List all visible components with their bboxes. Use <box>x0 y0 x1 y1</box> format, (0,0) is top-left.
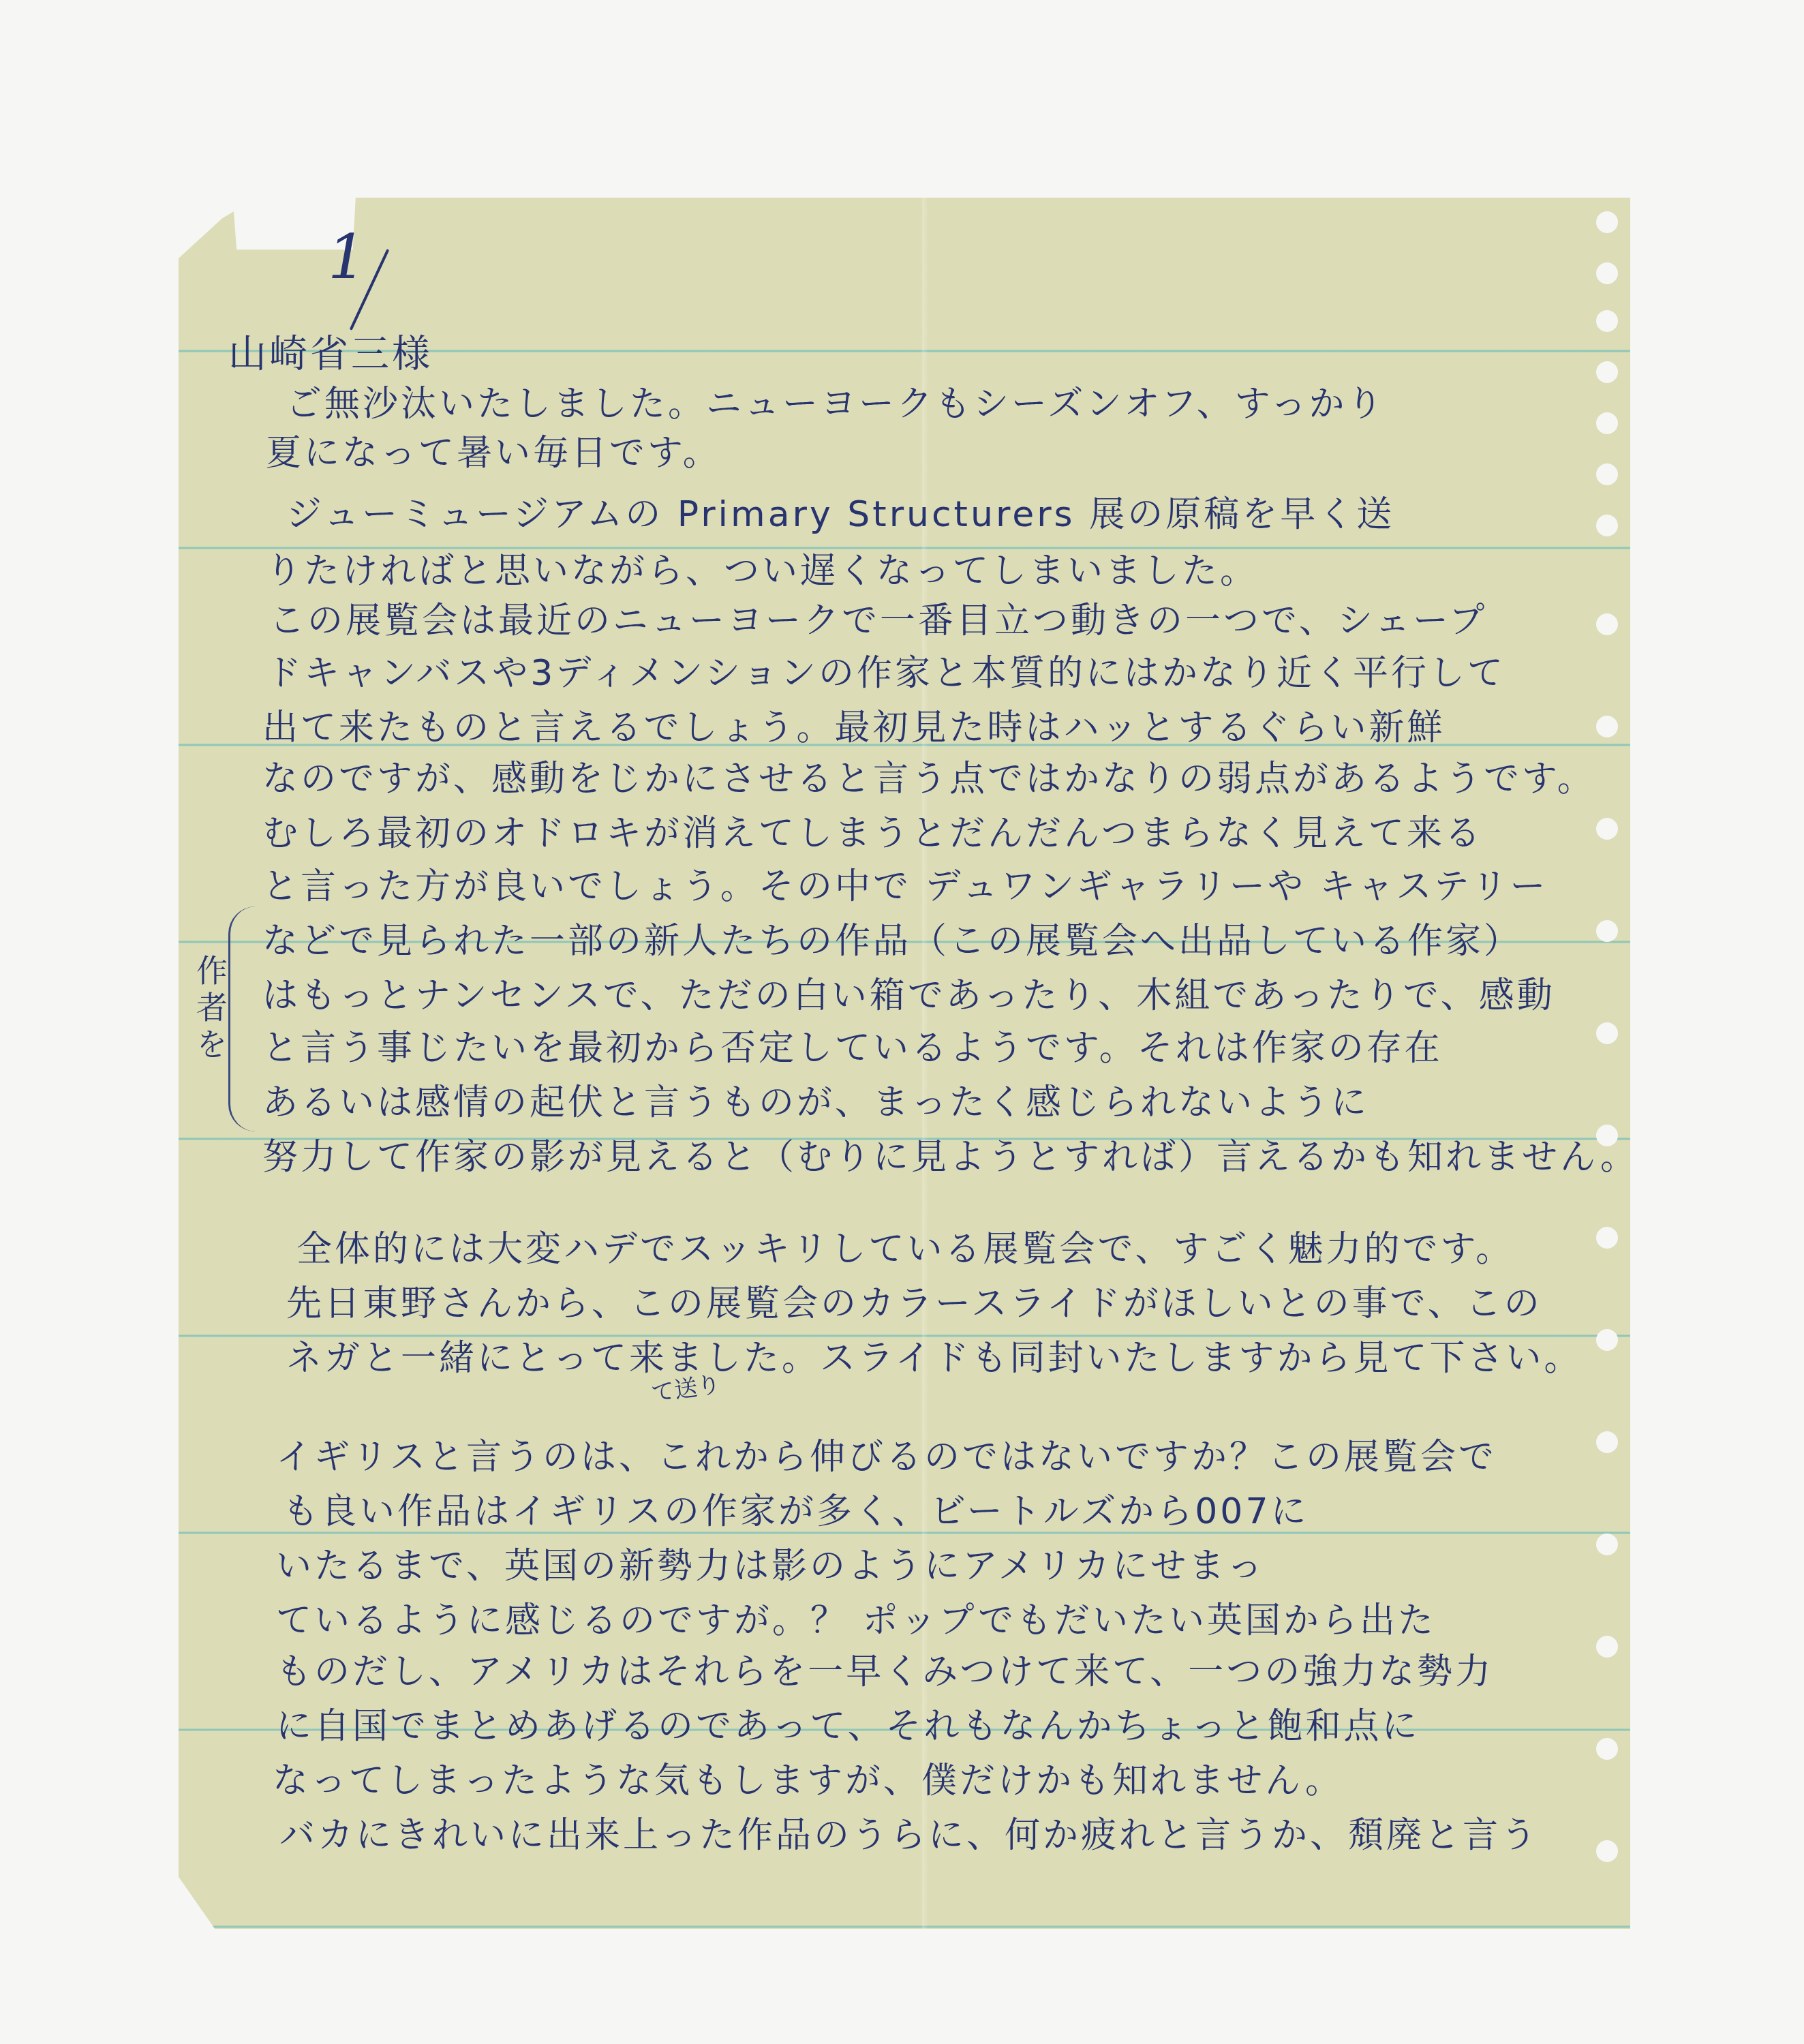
letter-line: むしろ最初のオドロキが消えてしまうとだんだんつまらなく見えて来る <box>262 804 1483 855</box>
letter-line: いたるまで、英国の新勢力は影のようにアメリカにせまっ <box>276 1537 1265 1588</box>
letter-line: ジューミュージアムの Primary Structurers 展の原稿を早く送 <box>286 485 1394 536</box>
letter-line: はもっとナンセンスで、ただの白い箱であったり、木組であったりで、感動 <box>262 966 1555 1018</box>
binding-hole <box>1596 515 1618 536</box>
binding-hole <box>1596 1534 1618 1555</box>
binding-hole <box>1596 716 1618 737</box>
letter-line: バカにきれいに出来上った作品のうらに、何か疲れと言うか、頽廃と言う <box>279 1806 1539 1857</box>
letter-line: 夏になって暑い毎日です。 <box>266 424 721 475</box>
letter-line: なのですが、感動をじかにさせると言う点ではかなりの弱点があるようです。 <box>262 750 1595 801</box>
letter-line: ネガと一緒にとって来ました。スライドも同封いたしますから見て下さい。 <box>286 1329 1582 1380</box>
letter-line: りたければと思いながら、つい遅くなってしまいました。 <box>266 542 1258 593</box>
letter-line: ているように感じるのですが。？ ポップでもだいたい英国から出た <box>276 1591 1436 1643</box>
binding-hole <box>1596 1738 1618 1760</box>
binding-hole <box>1596 1840 1618 1862</box>
letter-line: も良い作品はイギリスの作家が多く、ビートルズから007に <box>283 1482 1309 1534</box>
letter-line: ご無沙汰いたしました。ニューヨークもシーズンオフ、すっかり <box>286 375 1386 426</box>
binding-hole <box>1596 361 1618 383</box>
binding-hole <box>1596 1022 1618 1044</box>
letter-line: に自国でまとめあげるのであって、それもなんかちょっと飽和点に <box>276 1697 1420 1748</box>
binding-hole <box>1596 1329 1618 1351</box>
letter-line: ものだし、アメリカはそれらを一早くみつけて来て、一つの強力な勢力 <box>276 1643 1493 1694</box>
letter-line: あるいは感情の起伏と言うものが、まったく感じられないように <box>262 1073 1369 1125</box>
letter-line: この展覧会は最近のニューヨークで一番目立つ動きの一つで、シェープ <box>269 592 1487 643</box>
binding-hole <box>1596 920 1618 942</box>
margin-note: 作者を <box>187 954 232 1065</box>
binding-hole <box>1596 412 1618 434</box>
binding-hole <box>1596 211 1618 233</box>
letter-line: などで見られた一部の新人たちの作品（この展覧会へ出品している作家） <box>262 912 1522 963</box>
binding-hole <box>1596 1636 1618 1658</box>
binding-hole <box>1596 1431 1618 1453</box>
letter-line: 全体的には大変ハデでスッキリしている展覧会で、すごく魅力的です。 <box>296 1220 1514 1271</box>
letter-line: ドキャンバスや3ディメンションの作家と本質的にはかなり近く平行して <box>266 644 1505 695</box>
binding-hole <box>1596 310 1618 332</box>
letter-line: 出て来たものと言えるでしょう。最初見た時はハッとするぐらい新鮮 <box>262 699 1445 750</box>
salutation: 山崎省三様 <box>228 324 433 378</box>
letter-line: イギリスと言うのは、これから伸びるのではないですか？この展覧会で <box>276 1428 1497 1479</box>
binding-hole <box>1596 1227 1618 1249</box>
torn-binding-holes <box>1589 198 1630 1929</box>
letter-line: と言った方が良いでしょう。その中で デュワンギャラリーや キャステリー <box>262 857 1548 909</box>
binding-hole <box>1596 463 1618 485</box>
binding-hole <box>1596 818 1618 840</box>
binding-hole <box>1596 613 1618 635</box>
letter-line: 先日東野さんから、この展覧会のカラースライドがほしいとの事で、この <box>286 1275 1542 1326</box>
letter-line: と言う事じたいを最初から否定しているようです。それは作家の存在 <box>262 1019 1443 1070</box>
letter-line: なってしまったような気もしますが、僕だけかも知れません。 <box>273 1752 1343 1803</box>
binding-hole <box>1596 262 1618 284</box>
letter-line: 努力して作家の影が見えると（むりに見ようとすれば）言えるかも知れません。 <box>262 1128 1638 1179</box>
margin-bracket <box>228 906 258 1131</box>
